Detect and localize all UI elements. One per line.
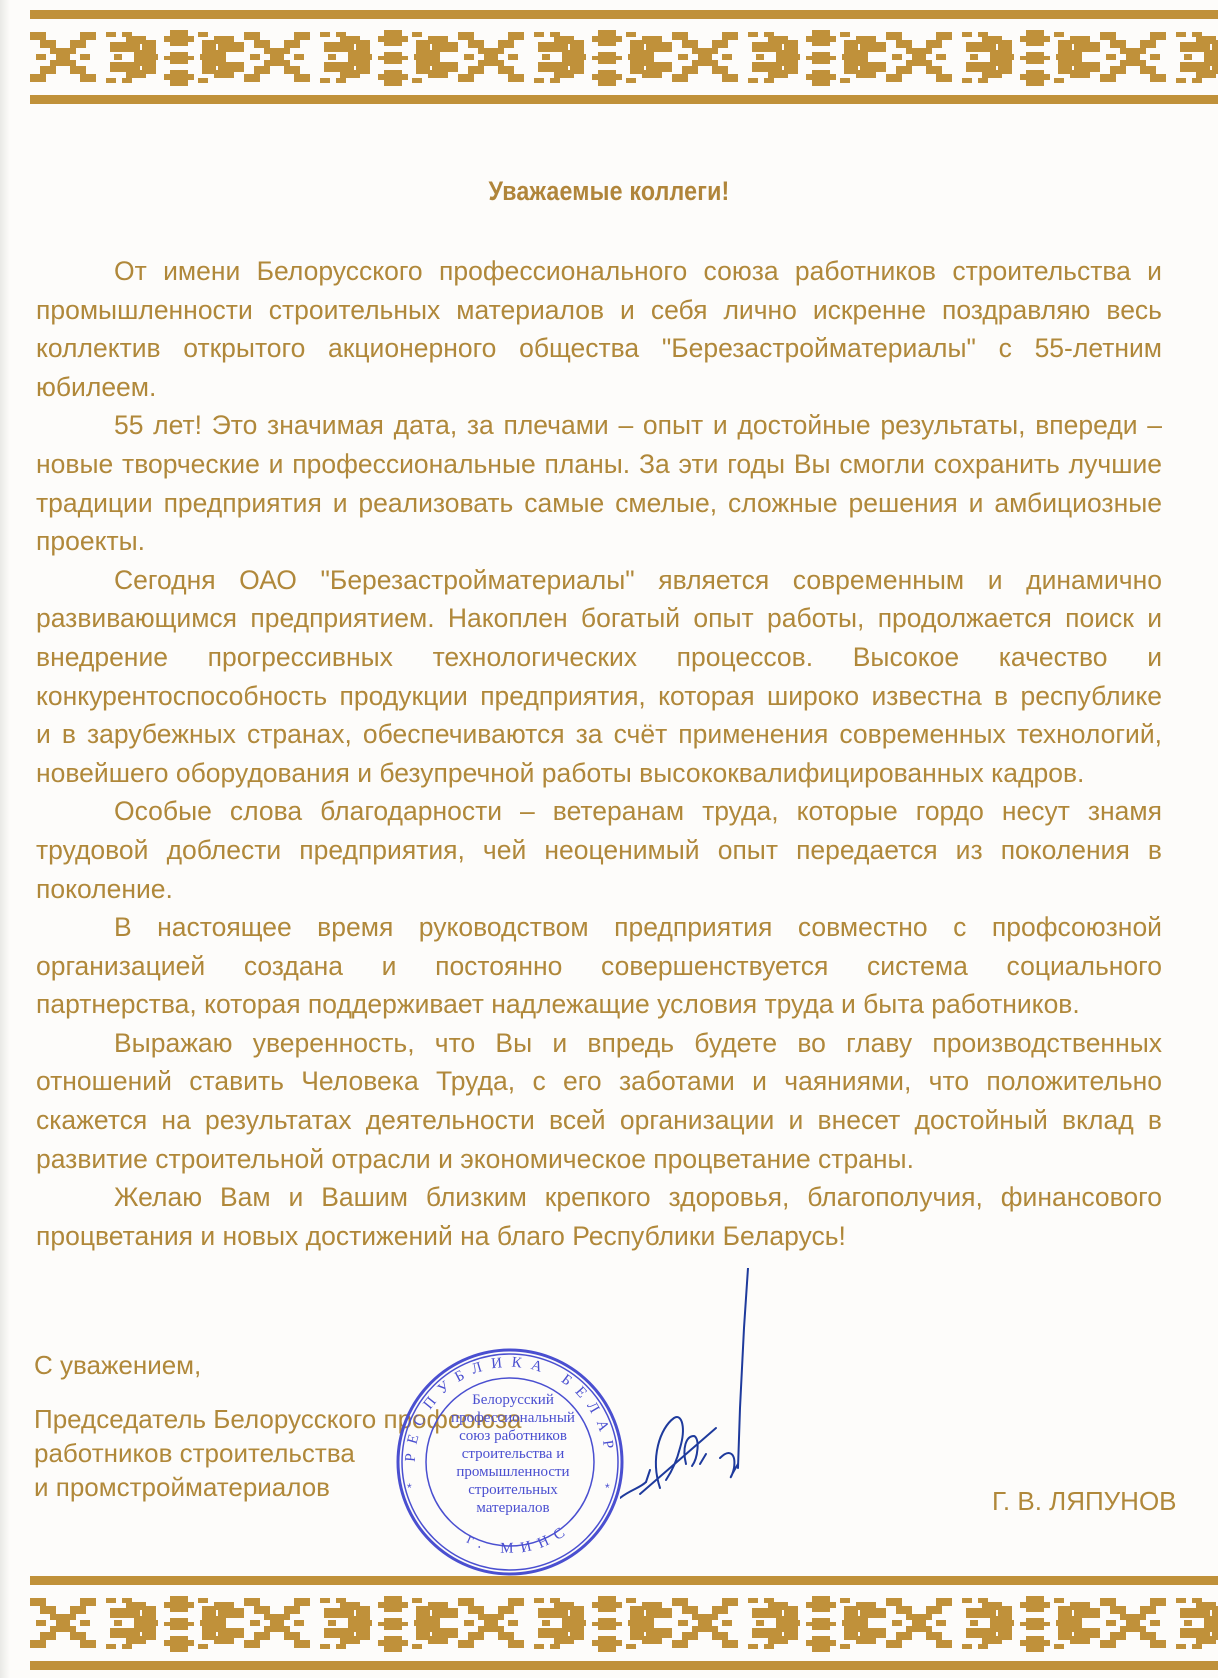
body-line: 55 лет! Это значимая дата, за плечами – … (36, 406, 1162, 445)
round-seal-icon: РЕСПУБЛИКА БЕЛАРУСЬ г. МИНСК * * Белорус… (385, 1342, 635, 1582)
paragraph-7: Желаю Вам и Вашим близким крепкого здоро… (36, 1178, 1162, 1255)
body-line: развитие строительной отрасли и экономич… (36, 1140, 1162, 1179)
scan-page-edge (0, 0, 10, 1678)
body-line: От имени Белорусского профессионального … (36, 252, 1162, 291)
body-line: проекты. (36, 522, 1162, 561)
stamp-center-line: Белорусский (472, 1392, 554, 1408)
stamp-center-line: профессиональный (451, 1410, 575, 1426)
stamp-center-line: промышленности (456, 1464, 569, 1480)
bottom-ornament-border (30, 1576, 1218, 1670)
folk-pattern-icon (30, 10, 1218, 104)
body-line: юбилеем. (36, 368, 1162, 407)
star-icon: * (407, 1481, 412, 1495)
official-stamp: РЕСПУБЛИКА БЕЛАРУСЬ г. МИНСК * * Белорус… (385, 1342, 635, 1582)
body-line: В настоящее время руководством предприят… (36, 908, 1162, 947)
stamp-center-line: строительных (468, 1482, 558, 1498)
folk-pattern-icon (30, 1576, 1218, 1670)
body-line: партнерства, которая поддерживает надлеж… (36, 985, 1162, 1024)
body-line: внедрение прогрессивных технологических … (36, 638, 1162, 677)
paragraph-5: В настоящее время руководством предприят… (36, 908, 1162, 1024)
body-line: новые творческие и профессиональные план… (36, 445, 1162, 484)
handwritten-signature (620, 1268, 790, 1528)
body-line: конкурентоспособность продукции предприя… (36, 677, 1162, 716)
signatory-name: Г. В. ЛЯПУНОВ (992, 1486, 1177, 1517)
stamp-center-line: союз работников (459, 1428, 567, 1444)
body-line: традиции предприятия и реализовать самые… (36, 484, 1162, 523)
paragraph-2: 55 лет! Это значимая дата, за плечами – … (36, 406, 1162, 560)
star-icon: * (605, 1481, 610, 1495)
body-line: отношений ставить Человека Труда, с его … (36, 1062, 1162, 1101)
body-line: Особые слова благодарности – ветеранам т… (36, 792, 1162, 831)
body-line: Желаю Вам и Вашим близким крепкого здоро… (36, 1178, 1162, 1217)
body-line: новейшего оборудования и безупречной раб… (36, 754, 1162, 793)
body-line: поколение. (36, 870, 1162, 909)
body-line: Сегодня ОАО "Березастройматериалы" являе… (36, 561, 1162, 600)
body-line: Выражаю уверенность, что Вы и впредь буд… (36, 1024, 1162, 1063)
body-line: организацией создана и постоянно соверше… (36, 947, 1162, 986)
body-line: и в зарубежных странах, обеспечиваются з… (36, 715, 1162, 754)
top-ornament-border (30, 10, 1218, 104)
body-line: коллектив открытого акционерного обществ… (36, 329, 1162, 368)
letter-greeting-title: Уважаемые коллеги! (85, 176, 1132, 207)
stamp-center-line: строительства и (462, 1446, 565, 1462)
signature-scribble-icon (620, 1268, 790, 1528)
paragraph-6: Выражаю уверенность, что Вы и впредь буд… (36, 1024, 1162, 1178)
paragraph-4: Особые слова благодарности – ветеранам т… (36, 792, 1162, 908)
letter-body: От имени Белорусского профессионального … (36, 252, 1162, 1255)
paragraph-3: Сегодня ОАО "Березастройматериалы" являе… (36, 561, 1162, 793)
body-line: развивающимся предприятием. Накоплен бог… (36, 599, 1162, 638)
body-line: трудовой доблести предприятия, чей неоце… (36, 831, 1162, 870)
body-line: процветания и новых достижений на благо … (36, 1217, 1162, 1256)
body-line: промышленности строительных материалов и… (36, 291, 1162, 330)
paragraph-1: От имени Белорусского профессионального … (36, 252, 1162, 406)
stamp-center-line: материалов (476, 1500, 549, 1516)
body-line: скажется на результатах деятельности все… (36, 1101, 1162, 1140)
